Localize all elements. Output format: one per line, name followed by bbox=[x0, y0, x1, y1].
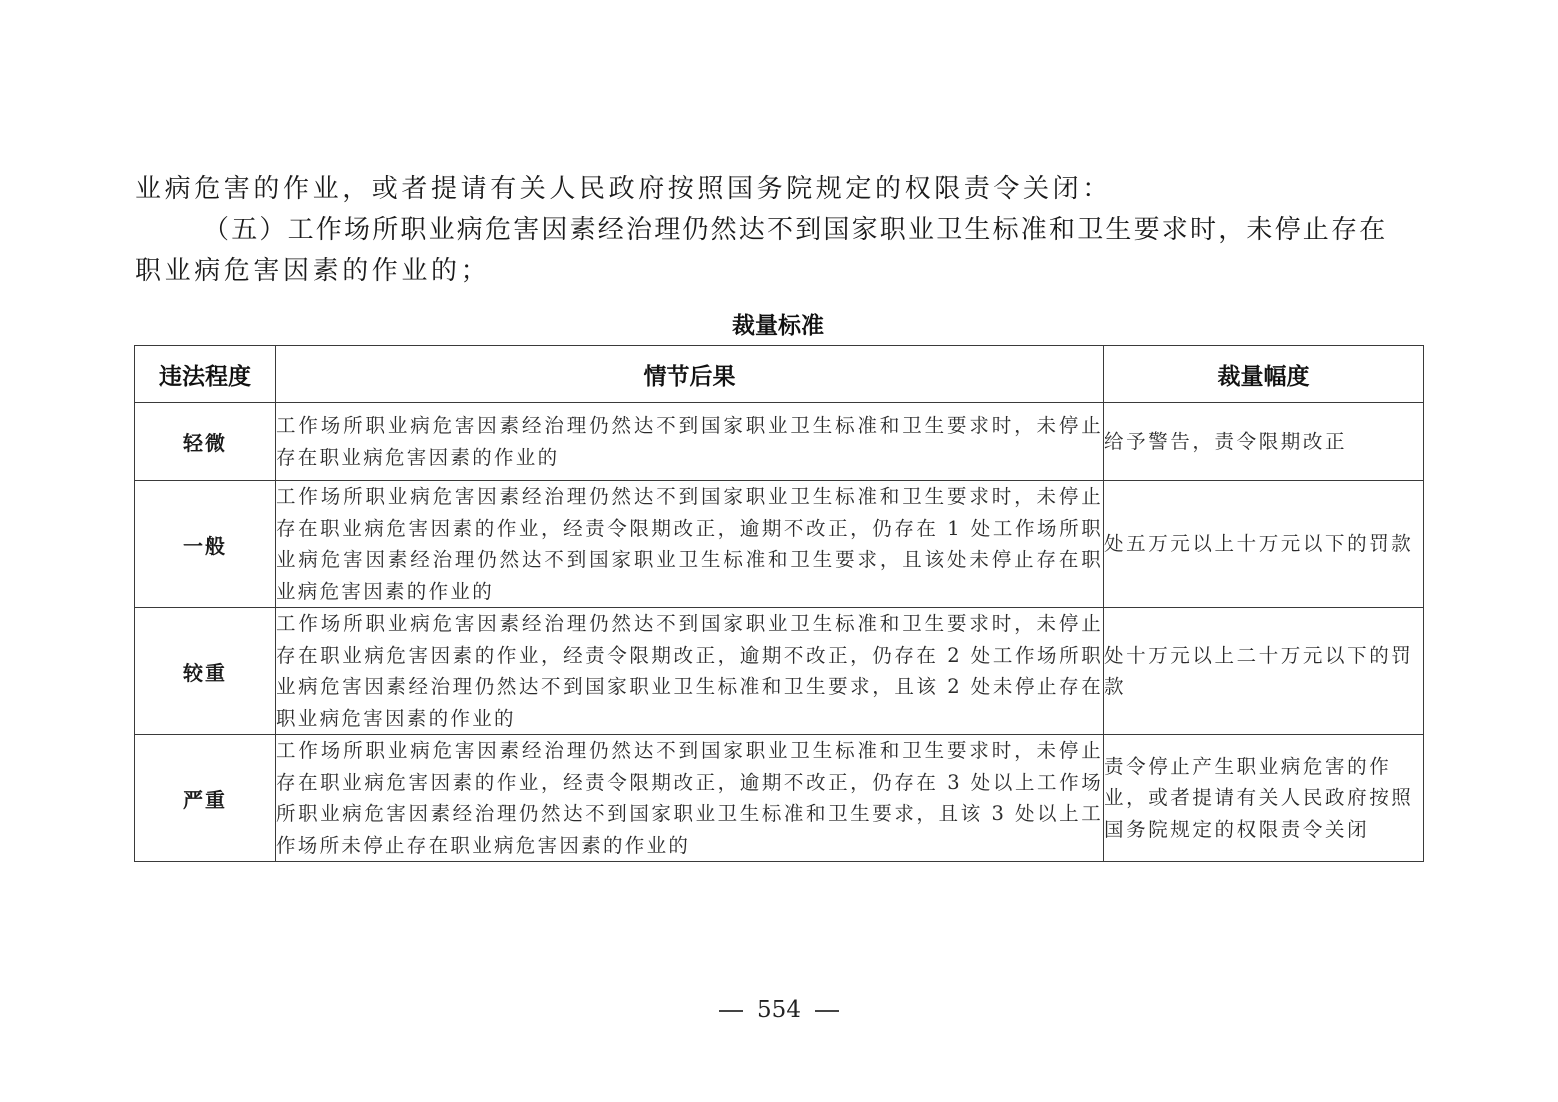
table-row: 较重 工作场所职业病危害因素经治理仍然达不到国家职业卫生标准和卫生要求时，未停止… bbox=[135, 608, 1424, 735]
penalty-text: 责令停止产生职业病危害的作业，或者提请有关人民政府按照国务院规定的权限责令关闭 bbox=[1104, 735, 1424, 862]
circumstance-text: 工作场所职业病危害因素经治理仍然达不到国家职业卫生标准和卫生要求时，未停止存在职… bbox=[276, 481, 1104, 608]
violation-level: 轻微 bbox=[135, 403, 276, 481]
violation-level: 一般 bbox=[135, 481, 276, 608]
table-row: 轻微 工作场所职业病危害因素经治理仍然达不到国家职业卫生标准和卫生要求时，未停止… bbox=[135, 403, 1424, 481]
header-circumstance: 情节后果 bbox=[276, 346, 1104, 403]
body-paragraph-continuation: 业病危害的作业，或者提请有关人民政府按照国务院规定的权限责令关闭： bbox=[135, 169, 1425, 210]
header-violation-degree: 违法程度 bbox=[135, 346, 276, 403]
table-row: 严重 工作场所职业病危害因素经治理仍然达不到国家职业卫生标准和卫生要求时，未停止… bbox=[135, 735, 1424, 862]
penalty-text: 给予警告，责令限期改正 bbox=[1104, 403, 1424, 481]
page-footer: 554 bbox=[0, 995, 1558, 1025]
violation-level: 严重 bbox=[135, 735, 276, 862]
table-row: 一般 工作场所职业病危害因素经治理仍然达不到国家职业卫生标准和卫生要求时，未停止… bbox=[135, 481, 1424, 608]
circumstance-text: 工作场所职业病危害因素经治理仍然达不到国家职业卫生标准和卫生要求时，未停止存在职… bbox=[276, 735, 1104, 862]
table-header-row: 违法程度 情节后果 裁量幅度 bbox=[135, 346, 1424, 403]
header-penalty-range: 裁量幅度 bbox=[1104, 346, 1424, 403]
body-paragraph-item-five-continuation: 职业病危害因素的作业的； bbox=[135, 251, 1425, 292]
dash-right-decoration bbox=[815, 1010, 839, 1012]
document-page: 业病危害的作业，或者提请有关人民政府按照国务院规定的权限责令关闭： （五）工作场… bbox=[0, 0, 1558, 1102]
circumstance-text: 工作场所职业病危害因素经治理仍然达不到国家职业卫生标准和卫生要求时，未停止存在职… bbox=[276, 403, 1104, 481]
dash-left-decoration bbox=[719, 1010, 743, 1012]
penalty-text: 处五万元以上十万元以下的罚款 bbox=[1104, 481, 1424, 608]
body-paragraph-item-five: （五）工作场所职业病危害因素经治理仍然达不到国家职业卫生标准和卫生要求时，未停止… bbox=[135, 210, 1425, 251]
discretion-standard-table: 违法程度 情节后果 裁量幅度 轻微 工作场所职业病危害因素经治理仍然达不到国家职… bbox=[134, 345, 1424, 862]
circumstance-text: 工作场所职业病危害因素经治理仍然达不到国家职业卫生标准和卫生要求时，未停止存在职… bbox=[276, 608, 1104, 735]
page-number: 554 bbox=[757, 997, 801, 1023]
table-title: 裁量标准 bbox=[134, 309, 1422, 343]
penalty-text: 处十万元以上二十万元以下的罚款 bbox=[1104, 608, 1424, 735]
violation-level: 较重 bbox=[135, 608, 276, 735]
